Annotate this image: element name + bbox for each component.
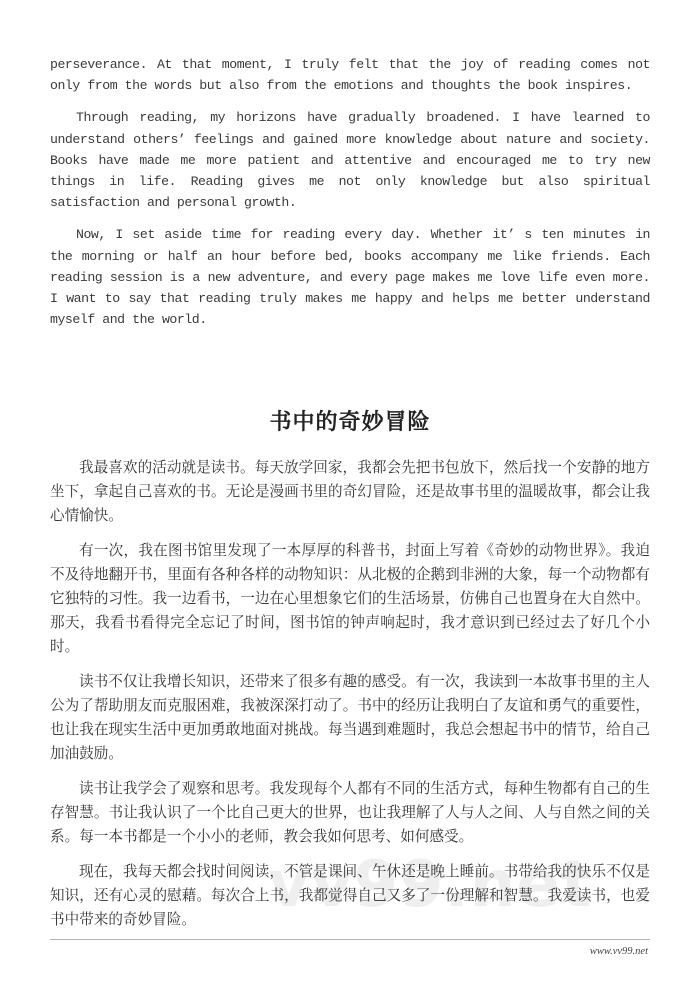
footer-url: www.vv99.net — [590, 946, 648, 957]
english-paragraph: Through reading, my horizons have gradua… — [50, 107, 650, 213]
chinese-paragraph: 读书不仅让我增长知识，还带来了很多有趣的感受。有一次，我读到一本故事书里的主人公… — [50, 670, 650, 766]
chinese-paragraph: 现在，我每天都会找时间阅读，不管是课间、午休还是晚上睡前。书带给我的快乐不仅是知… — [50, 860, 650, 932]
document-page: vv99.net perseverance. At that moment, I… — [0, 0, 700, 989]
chinese-paragraph: 读书让我学会了观察和思考。我发现每个人都有不同的生活方式，每种生物都有自己的生存… — [50, 777, 650, 849]
chinese-essay-section: 我最喜欢的活动就是读书。每天放学回家，我都会先把书包放下，然后找一个安静的地方坐… — [50, 456, 650, 943]
english-essay-section: perseverance. At that moment, I truly fe… — [50, 54, 650, 341]
english-paragraph: Now, I set aside time for reading every … — [50, 224, 650, 330]
chinese-paragraph: 我最喜欢的活动就是读书。每天放学回家，我都会先把书包放下，然后找一个安静的地方坐… — [50, 456, 650, 528]
chinese-paragraph: 有一次，我在图书馆里发现了一本厚厚的科普书，封面上写着《奇妙的动物世界》。我迫不… — [50, 539, 650, 659]
chinese-essay-title: 书中的奇妙冒险 — [0, 405, 700, 436]
english-paragraph-continued: perseverance. At that moment, I truly fe… — [50, 54, 650, 96]
